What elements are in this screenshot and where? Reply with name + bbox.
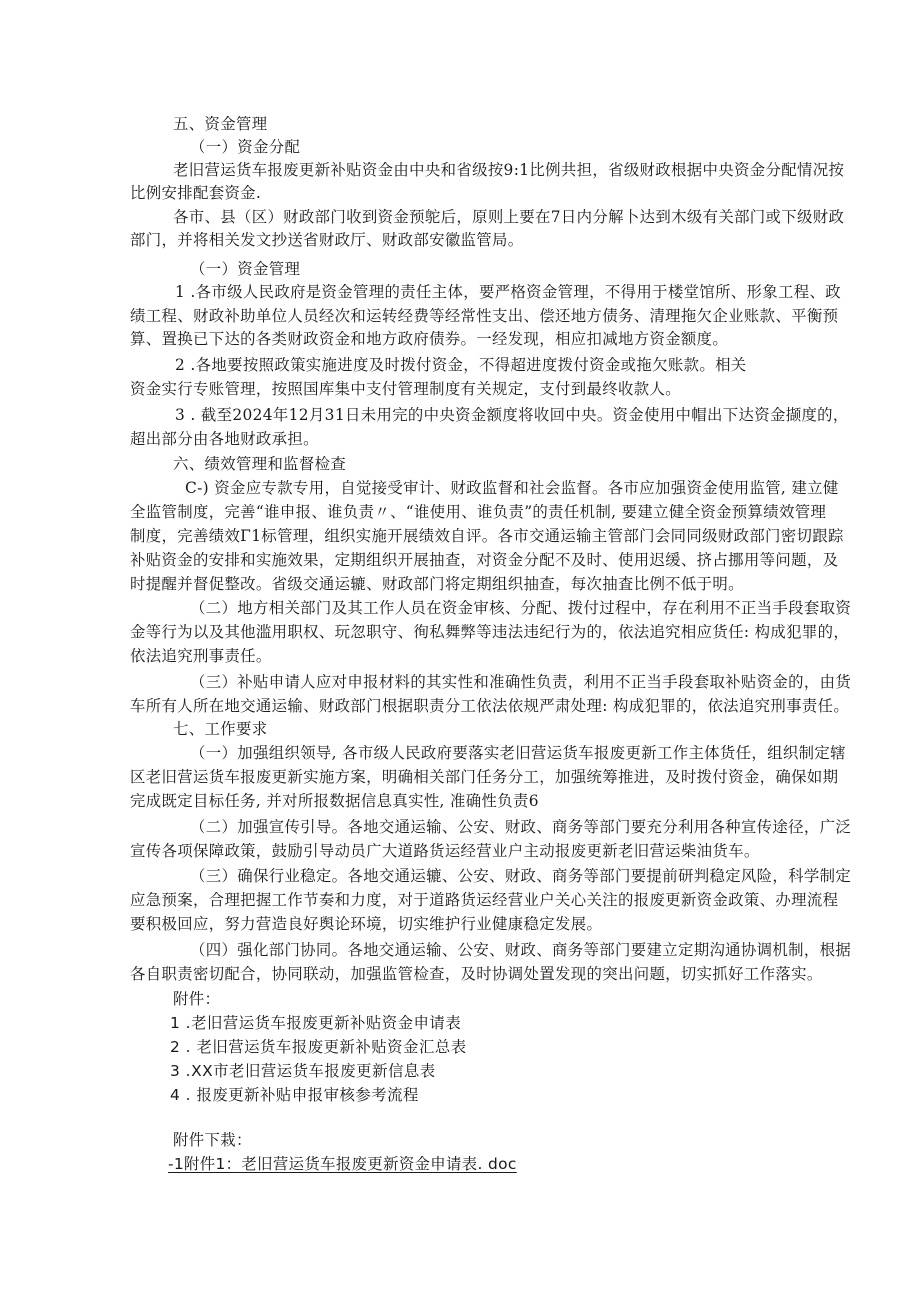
paragraph-text: 依法追究刑事责任。: [130, 646, 900, 667]
attachment-item: 3 .XX市老旧营运货车报废更新信息表: [170, 1061, 920, 1082]
paragraph-text: C-) 资金应专款专用，自觉接受审计、财政监督和社会监督。各市应加强资金使用监管…: [185, 478, 920, 499]
attachment-item: 1 .老旧营运货车报废更新补贴资金申请表: [170, 1013, 920, 1034]
section-6-heading: 六、绩效管理和监督检查: [173, 454, 920, 475]
paragraph-text: 部门，并将相关发文抄送省财政厅、财政部安徽监管局。: [130, 230, 900, 251]
list-item-text: 1 .各市级人民政府是资金管理的责任主体，要严格资金管理，不得用于楼堂馆所、形象…: [175, 282, 920, 303]
paragraph-text: 全监管制度，完善“谁申报、谁负责〃、“谁使用、谁负责”的责任机制, 要建立健全资…: [130, 502, 900, 523]
paragraph-text: 金等行为以及其他滥用职权、玩忽职守、徇私舞弊等违法违纪行为的，依法追究相应货任:…: [130, 622, 900, 643]
paragraph-text: （四）强化部门协同。各地交通运输、公安、财政、商务等部门要建立定期沟通协调机制，…: [190, 940, 920, 961]
paragraph-text: 各自职责密切配合，协同联动，加强监管检查，及时协调处置发现的突出问题，切实抓好工…: [130, 964, 900, 985]
paragraph-text: 宣传各项保障政策，鼓励引导动员广大道路货运经营业户主动报废更新老旧营运柴油货车。: [130, 841, 900, 862]
list-item-text: 2 .各地要按照政策实施进度及时拨付资金，不得超进度拨付资金或拖欠账款。相关: [175, 355, 920, 376]
paragraph-text: 完成既定目标任务, 并对所报数据信息真实性, 准确性负责6: [130, 791, 900, 812]
paragraph-text: 超出部分由各地财政承担。: [130, 429, 900, 450]
subsection-fund-allocation-heading: （一）资金分配: [190, 137, 920, 158]
paragraph-text: 算、置换已下达的各类财政资金和地方政府债券。一经发现，相应扣减地方资金额度。: [130, 329, 900, 350]
document-page: 五、资金管理 （一）资金分配 老旧营运货车报废更新补贴资金由中央和省级按9:1比…: [0, 0, 920, 1301]
list-item-text: 3 . 截至2024年12月31日未用完的中央资金额度将收回中央。资金使用中帽出…: [175, 405, 920, 426]
attachments-heading: 附件：: [173, 989, 920, 1010]
paragraph-text: 要积极回应，努力营造良好舆论环境，切实维护行业健康稳定发展。: [130, 914, 900, 935]
paragraph-text: 制度，完善绩效Γ1标管理，组织实施开展绩效自评。各市交通运输主管部门会同同级财政…: [130, 526, 900, 547]
section-5-heading: 五、资金管理: [173, 114, 920, 135]
subsection-fund-management-heading: （一）资金管理: [190, 259, 920, 280]
attachment-item: 4 . 报废更新补贴申报审核参考流程: [170, 1085, 920, 1106]
paragraph-text: 时提醒并督促整改。省级交通运辘、财政部门将定期组织抽查，每次抽査比例不低于明。: [130, 574, 900, 595]
section-7-heading: 七、工作要求: [173, 719, 920, 740]
paragraph-text: 区老旧营运货车报废更新实施方案，明确相关部门任务分工，加强统筹推进，及时拨付资金…: [130, 767, 900, 788]
paragraph-text: 各市、县（区）财政部门收到资金预鸵后，原则上要在7日内分解卜达到木级有关部门或下…: [173, 207, 920, 228]
paragraph-text: 老旧营运货车报废更新补贴资金由中央和省级按9:1比例共担，省级财政根据中央资金分…: [173, 160, 920, 181]
downloads-heading: 附件下栽：: [173, 1130, 920, 1151]
paragraph-text: 绩工程、财政补助单位人员经次和运转经费等经常性支出、偿还地方债务、清理拖欠企业账…: [130, 306, 900, 327]
paragraph-text: （三）确保行业稳定。各地交通运辘、公安、财政、商务等部门要提前研判稳定风险，科学…: [190, 866, 920, 887]
paragraph-text: 资金实行专账管理，按照国库集中支付管理制度有关规定，支付到最终收款人。: [130, 379, 900, 400]
paragraph-text: （二）地方相关部门及其工作人员在资金审核、分配、拨付过程中，存在利用不正当手段套…: [190, 598, 920, 619]
paragraph-text: 应急预案，合理把握工作节奏和力度，对于道路货运经营业户关心关注的报废更新资金政策…: [130, 890, 900, 911]
paragraph-text: 比例安排配套资金.: [130, 183, 900, 204]
attachment-download-link[interactable]: -1附件1：老旧营运货车报废更新资金申请表. doc: [168, 1154, 920, 1175]
paragraph-text: （三）补贴申请人应对申报材料的其实性和准确性负责，利用不正当手段套取补贴资金的，…: [190, 672, 920, 693]
paragraph-text: 车所有人所在地交通运输、财政部门根据职责分工依法依规严肃处理: 构成犯罪的，依法…: [130, 696, 900, 717]
paragraph-text: （二）加强宣传引导。各地交通运输、公安、财政、商务等部门要充分利用各种宣传途径，…: [190, 817, 920, 838]
paragraph-text: （一）加强组织领导, 各市级人民政府要落实老旧营运货车报废更新工作主体货任，组织…: [190, 743, 920, 764]
paragraph-text: 补贴资金的安排和实施效果，定期组织开展抽查，对资金分配不及时、使用迟缓、挤占挪用…: [130, 550, 900, 571]
attachment-item: 2 . 老旧营运货车报废更新补贴资金汇总表: [170, 1037, 920, 1058]
